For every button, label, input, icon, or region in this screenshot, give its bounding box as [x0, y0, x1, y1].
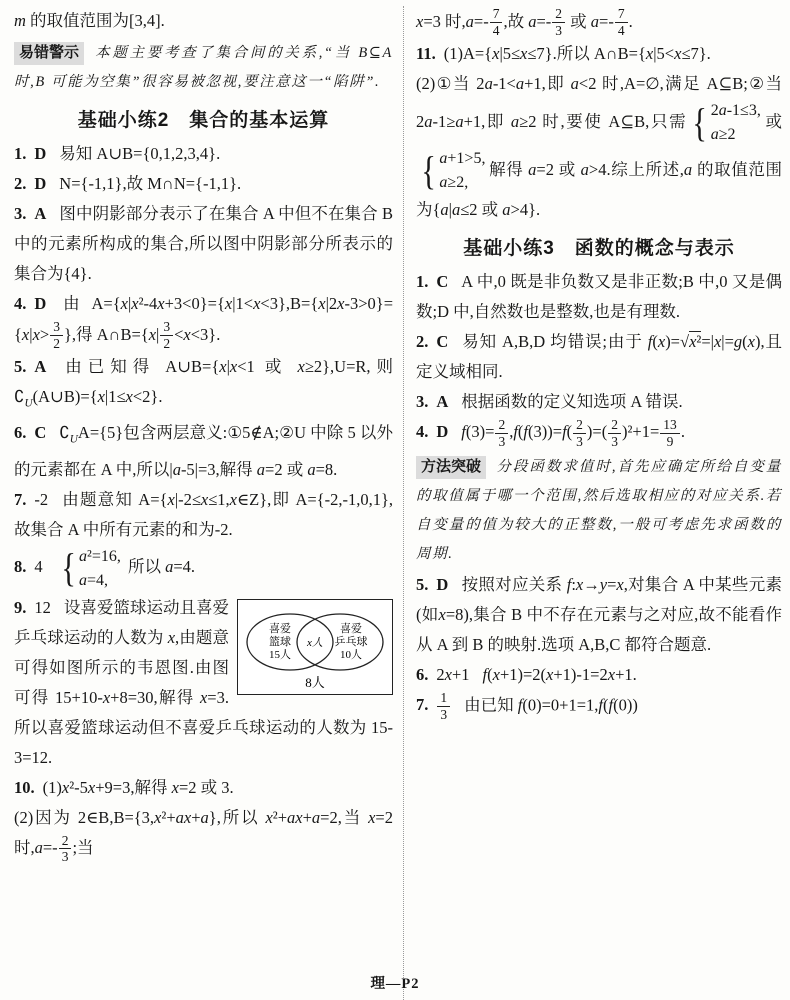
item-body: f(x+1)=2(x+1)-1=2x+1.	[483, 665, 637, 684]
intro-line: m 的取值范围为[3,4].	[14, 6, 393, 36]
venn-right-line2: 乒乓球	[335, 634, 368, 648]
item-2-10-continuation: x=3 时,a=-74,故 a=-23 或 a=-74.	[416, 6, 782, 39]
item-3-6: 6.2x+1f(x+1)=2(x+1)-1=2x+1.	[416, 660, 782, 690]
item-body: ∁UA={5}包含两层意义:①5∉A;②U 中除 5 以外的元素都在 A 中,所…	[14, 423, 393, 478]
item-3-7: 7.13由已知 f(0)=0+1=1,f(f(0))	[416, 690, 782, 723]
item-body: 由题意知 A={x|-2≤x≤1,x∈Z},即 A={-2,-1,0,1},故集…	[14, 490, 393, 539]
item-answer: C	[34, 423, 46, 442]
item-answer: 2x+1	[436, 665, 469, 684]
item-number: 5.	[14, 357, 26, 376]
item-number: 2.	[14, 174, 26, 193]
venn-right-line1: 喜爱	[340, 621, 362, 635]
item-2-9: 喜爱 篮球 15人 x人 喜爱 乒乓球 10人 8人 9.12设喜爱篮球运动且喜…	[14, 593, 393, 773]
item-answer: C	[436, 332, 448, 351]
venn-right-count: 10人	[340, 648, 362, 661]
item-answer: D	[34, 174, 46, 193]
method-label: 方法突破	[416, 456, 486, 479]
item-number: 2.	[416, 332, 428, 351]
item-2-10: 10.(1)x²-5x+9=3,解得 x=2 或 3.(2)因为 2∈B,B={…	[14, 773, 393, 866]
left-column: m 的取值范围为[3,4]. 易错警示本题主要考查了集合间的关系,“当 B⊆A …	[14, 6, 404, 1000]
item-body: 按照对应关系 f:x→y=x,对集合 A 中某些元素(如x=8),集合 B 中不…	[416, 575, 782, 654]
item-number: 9.	[14, 598, 26, 617]
item-2-5: 5.A由已知得 A∪B={x|x<1 或 x≥2},U=R,则 ∁U(A∪B)=…	[14, 352, 393, 418]
item-number: 8.	[14, 557, 26, 576]
item-body: 根据函数的定义知选项 A 错误.	[461, 392, 682, 411]
item-number: 1.	[416, 272, 428, 291]
alert-label: 易错警示	[14, 42, 84, 65]
item-body: (1)A={x|5≤x≤7}.所以 A∩B={x|5<x≤7}.(2)①当 2a…	[416, 44, 782, 219]
alert-note: 易错警示本题主要考查了集合间的关系,“当 B⊆A 时,B 可能为空集”很容易被忽…	[14, 39, 393, 97]
venn-left-count: 15人	[269, 648, 291, 661]
section-header-sets-operations: 基础小练2 集合的基本运算	[14, 105, 393, 132]
item-answer: D	[34, 144, 46, 163]
item-answer: -2	[34, 490, 48, 509]
venn-diagram: 喜爱 篮球 15人 x人 喜爱 乒乓球 10人 8人	[237, 599, 393, 695]
item-number: 4.	[14, 294, 26, 313]
item-3-5: 5.D按照对应关系 f:x→y=x,对集合 A 中某些元素(如x=8),集合 B…	[416, 570, 782, 660]
item-answer: 13	[436, 695, 451, 714]
item-number: 7.	[14, 490, 26, 509]
item-number: 6.	[14, 423, 26, 442]
venn-intersection-label: x人	[306, 637, 323, 649]
item-number: 4.	[416, 422, 428, 441]
item-number: 3.	[416, 392, 428, 411]
item-body: 图中阴影部分表示了在集合 A 中但不在集合 B 中的元素所构成的集合,所以图中阴…	[14, 204, 393, 283]
item-answer: D	[436, 575, 448, 594]
venn-left-line2: 篮球	[269, 634, 291, 648]
item-body: 由 A={x|x²-4x+3<0}={x|1<x<3},B={x|2x-3>0}…	[14, 294, 393, 344]
item-number: 1.	[14, 144, 26, 163]
item-number: 11.	[416, 44, 436, 63]
item-body: 由已知得 A∪B={x|x<1 或 x≥2},U=R,则 ∁U(A∪B)={x|…	[14, 357, 393, 406]
item-3-1: 1.CA 中,0 既是非负数又是非正数;B 中,0 又是偶数;D 中,自然数也是…	[416, 267, 782, 327]
item-2-8: 8.4{a²=16,a=4, 所以 a=4.	[14, 545, 393, 593]
item-number: 6.	[416, 665, 428, 684]
item-answer: 12	[34, 598, 51, 617]
item-number: 7.	[416, 695, 428, 714]
item-body: 由已知 f(0)=0+1=1,f(f(0))	[464, 695, 638, 714]
item-body: 易知 A,B,D 均错误;由于 f(x)=√x²=|x|=g(x),且定义域相同…	[416, 331, 782, 381]
right-column: x=3 时,a=-74,故 a=-23 或 a=-74. 11.(1)A={x|…	[404, 6, 782, 1000]
item-answer: A	[436, 392, 448, 411]
venn-outside-count: 8人	[305, 675, 325, 690]
item-answer: A	[34, 357, 46, 376]
item-body: f(3)=23,f(f(3))=f(23)=(23)²+1=139.	[461, 422, 685, 441]
item-number: 10.	[14, 778, 35, 797]
item-2-3: 3.A图中阴影部分表示了在集合 A 中但不在集合 B 中的元素所构成的集合,所以…	[14, 199, 393, 289]
item-answer: A	[34, 204, 46, 223]
item-body: A 中,0 既是非负数又是非正数;B 中,0 又是偶数;D 中,自然数也是整数,…	[416, 272, 782, 321]
item-answer: C	[436, 272, 448, 291]
item-number: 5.	[416, 575, 428, 594]
item-body: x=3 时,a=-74,故 a=-23 或 a=-74.	[416, 12, 633, 31]
two-column-layout: m 的取值范围为[3,4]. 易错警示本题主要考查了集合间的关系,“当 B⊆A …	[0, 0, 790, 1000]
venn-left-line1: 喜爱	[269, 621, 291, 635]
item-answer: D	[436, 422, 448, 441]
item-body: (1)x²-5x+9=3,解得 x=2 或 3.(2)因为 2∈B,B={3,x…	[14, 778, 393, 858]
item-2-6: 6.C∁UA={5}包含两层意义:①5∉A;②U 中除 5 以外的元素都在 A …	[14, 418, 393, 484]
item-3-2: 2.C易知 A,B,D 均错误;由于 f(x)=√x²=|x|=g(x),且定义…	[416, 327, 782, 387]
venn-diagram-svg: 喜爱 篮球 15人 x人 喜爱 乒乓球 10人 8人	[240, 605, 390, 693]
section-header-function-concept: 基础小练3 函数的概念与表示	[416, 233, 782, 260]
item-number: 3.	[14, 204, 26, 223]
page-number: 理—P2	[0, 972, 790, 993]
item-answer: 4	[34, 557, 42, 576]
item-body: {a²=16,a=4, 所以 a=4.	[56, 557, 195, 576]
item-3-4: 4.Df(3)=23,f(f(3))=f(23)=(23)²+1=139.	[416, 417, 782, 450]
item-body: 易知 A∪B={0,1,2,3,4}.	[59, 144, 220, 163]
item-answer: D	[34, 294, 46, 313]
item-body: N={-1,1},故 M∩N={-1,1}.	[59, 174, 241, 193]
item-2-11: 11.(1)A={x|5≤x≤7}.所以 A∩B={x|5<x≤7}.(2)①当…	[416, 39, 782, 225]
item-2-1: 1.D易知 A∪B={0,1,2,3,4}.	[14, 139, 393, 169]
item-2-7: 7.-2由题意知 A={x|-2≤x≤1,x∈Z},即 A={-2,-1,0,1…	[14, 485, 393, 545]
textbook-answer-page: m 的取值范围为[3,4]. 易错警示本题主要考查了集合间的关系,“当 B⊆A …	[0, 0, 790, 1000]
method-note: 方法突破分段函数求值时,首先应确定所给自变量的取值属于哪一个范围,然后选取相应的…	[416, 453, 782, 569]
item-2-4: 4.D由 A={x|x²-4x+3<0}={x|1<x<3},B={x|2x-3…	[14, 289, 393, 352]
item-3-3: 3.A根据函数的定义知选项 A 错误.	[416, 387, 782, 417]
item-2-2: 2.DN={-1,1},故 M∩N={-1,1}.	[14, 169, 393, 199]
